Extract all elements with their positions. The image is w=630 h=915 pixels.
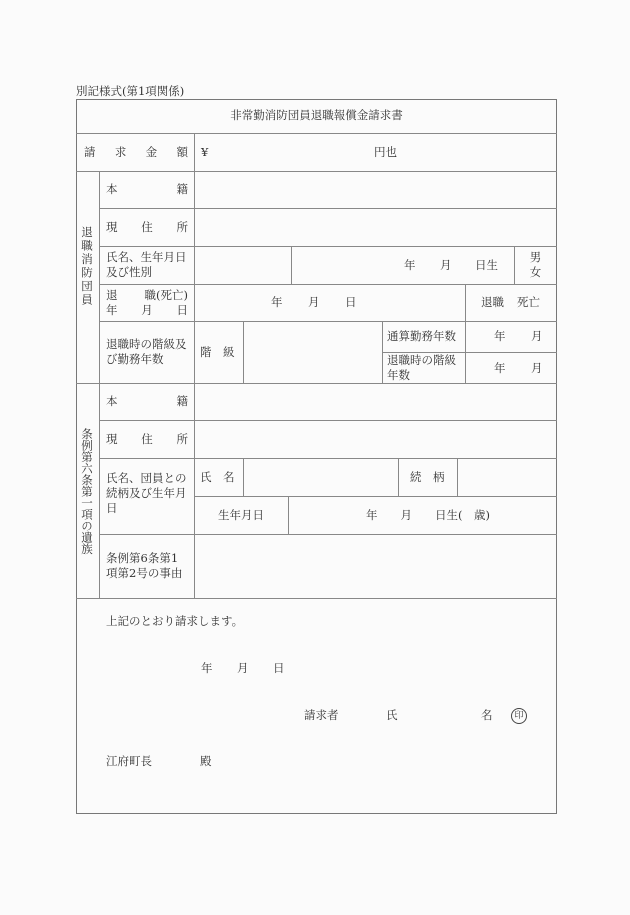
divider: [76, 133, 557, 134]
survivor-birth-label: 生年月日: [194, 508, 288, 523]
retire-year: 年: [271, 295, 283, 310]
retiree-birth-day: 日生: [475, 258, 498, 273]
death-option[interactable]: 死亡: [517, 295, 540, 310]
amount-field[interactable]: [214, 136, 374, 168]
divider: [194, 133, 195, 598]
divider: [243, 458, 244, 496]
claimant-label: 請求者: [304, 708, 339, 723]
survivor-name-field[interactable]: [245, 460, 396, 494]
retire-month: 月: [308, 295, 320, 310]
divider: [76, 383, 557, 384]
claimant-name-field[interactable]: [400, 702, 476, 724]
survivor-name-sublabel: 氏 名: [200, 470, 235, 485]
total-service-year: 年: [494, 329, 506, 344]
gender-female[interactable]: 女: [515, 265, 556, 280]
rank-years-label: 退職時の階級 年数: [387, 353, 456, 383]
form-caption: 別記様式(第1項関係): [76, 83, 184, 99]
divider: [398, 458, 399, 496]
seal-mark: 印: [511, 707, 527, 724]
divider: [465, 284, 466, 383]
retiree-birth-year: 年: [404, 258, 416, 273]
survivor-name-label: 氏名、団員との 続柄及び生年月 日: [106, 471, 187, 516]
rank-years-year: 年: [494, 361, 506, 376]
date-year: 年: [201, 661, 213, 676]
relation-label: 続 柄: [410, 470, 445, 485]
claim-statement: 上記のとおり請求します。: [106, 614, 243, 629]
divider: [99, 246, 557, 247]
honorific: 殿: [200, 754, 212, 769]
divider: [99, 458, 557, 459]
total-service-month: 月: [531, 329, 543, 344]
divider: [76, 171, 557, 172]
retire-option[interactable]: 退職: [481, 295, 504, 310]
gender-male[interactable]: 男: [515, 250, 556, 265]
divider: [99, 171, 100, 598]
total-service-label: 通算勤務年数: [387, 329, 456, 344]
survivor-honseki-label: 本 籍: [106, 394, 188, 409]
amount-label: 請 求 金 額: [84, 145, 188, 160]
divider: [288, 496, 289, 534]
divider: [457, 458, 458, 496]
divider: [291, 246, 292, 284]
divider: [99, 534, 557, 535]
relation-field[interactable]: [459, 460, 555, 494]
retiree-address-label: 現 住 所: [106, 220, 188, 235]
retiree-name-field[interactable]: [196, 248, 289, 282]
amount-unit: 円也: [374, 145, 397, 160]
rank-field[interactable]: [245, 323, 380, 381]
survivor-address-label: 現 住 所: [106, 432, 188, 447]
divider: [99, 321, 557, 322]
divider: [76, 598, 557, 599]
reason-label: 条例第6条第1 項第2号の事由: [106, 551, 182, 581]
rank-years-month: 月: [531, 361, 543, 376]
retiree-honseki-label: 本 籍: [106, 182, 188, 197]
currency-symbol: ¥: [201, 145, 208, 160]
claimant-name-label-a: 氏: [386, 708, 398, 723]
date-month: 月: [237, 661, 249, 676]
retiree-address-field[interactable]: [196, 210, 555, 244]
divider: [243, 321, 244, 383]
divider: [99, 284, 557, 285]
retiree-name-label: 氏名、生年月日 及び性別: [106, 250, 187, 280]
retiree-section-label: 退職消防団員: [80, 226, 94, 307]
divider: [99, 208, 557, 209]
survivor-birth-value[interactable]: 年 月 日生( 歳): [366, 508, 490, 523]
addressee: 江府町長: [106, 754, 152, 769]
reason-field[interactable]: [196, 536, 555, 596]
retiree-birth-month: 月: [440, 258, 452, 273]
divider: [382, 321, 383, 383]
survivor-section-label: 条例第六条第一項の遺族: [80, 428, 94, 555]
survivor-honseki-field[interactable]: [196, 385, 555, 419]
survivor-address-field[interactable]: [196, 422, 555, 456]
rank-sublabel: 階 級: [200, 345, 235, 360]
retire-date-label: 退職(死亡) 年月日: [106, 288, 188, 318]
claimant-name-label-b: 名: [481, 708, 493, 723]
gender-options[interactable]: 男 女: [515, 250, 556, 280]
divider: [99, 420, 557, 421]
retire-day: 日: [345, 295, 357, 310]
form-title: 非常勤消防団員退職報償金請求書: [76, 108, 557, 123]
date-day: 日: [273, 661, 285, 676]
rank-label: 退職時の階級及 び勤務年数: [106, 337, 187, 367]
divider: [194, 496, 557, 497]
retiree-honseki-field[interactable]: [196, 173, 555, 207]
